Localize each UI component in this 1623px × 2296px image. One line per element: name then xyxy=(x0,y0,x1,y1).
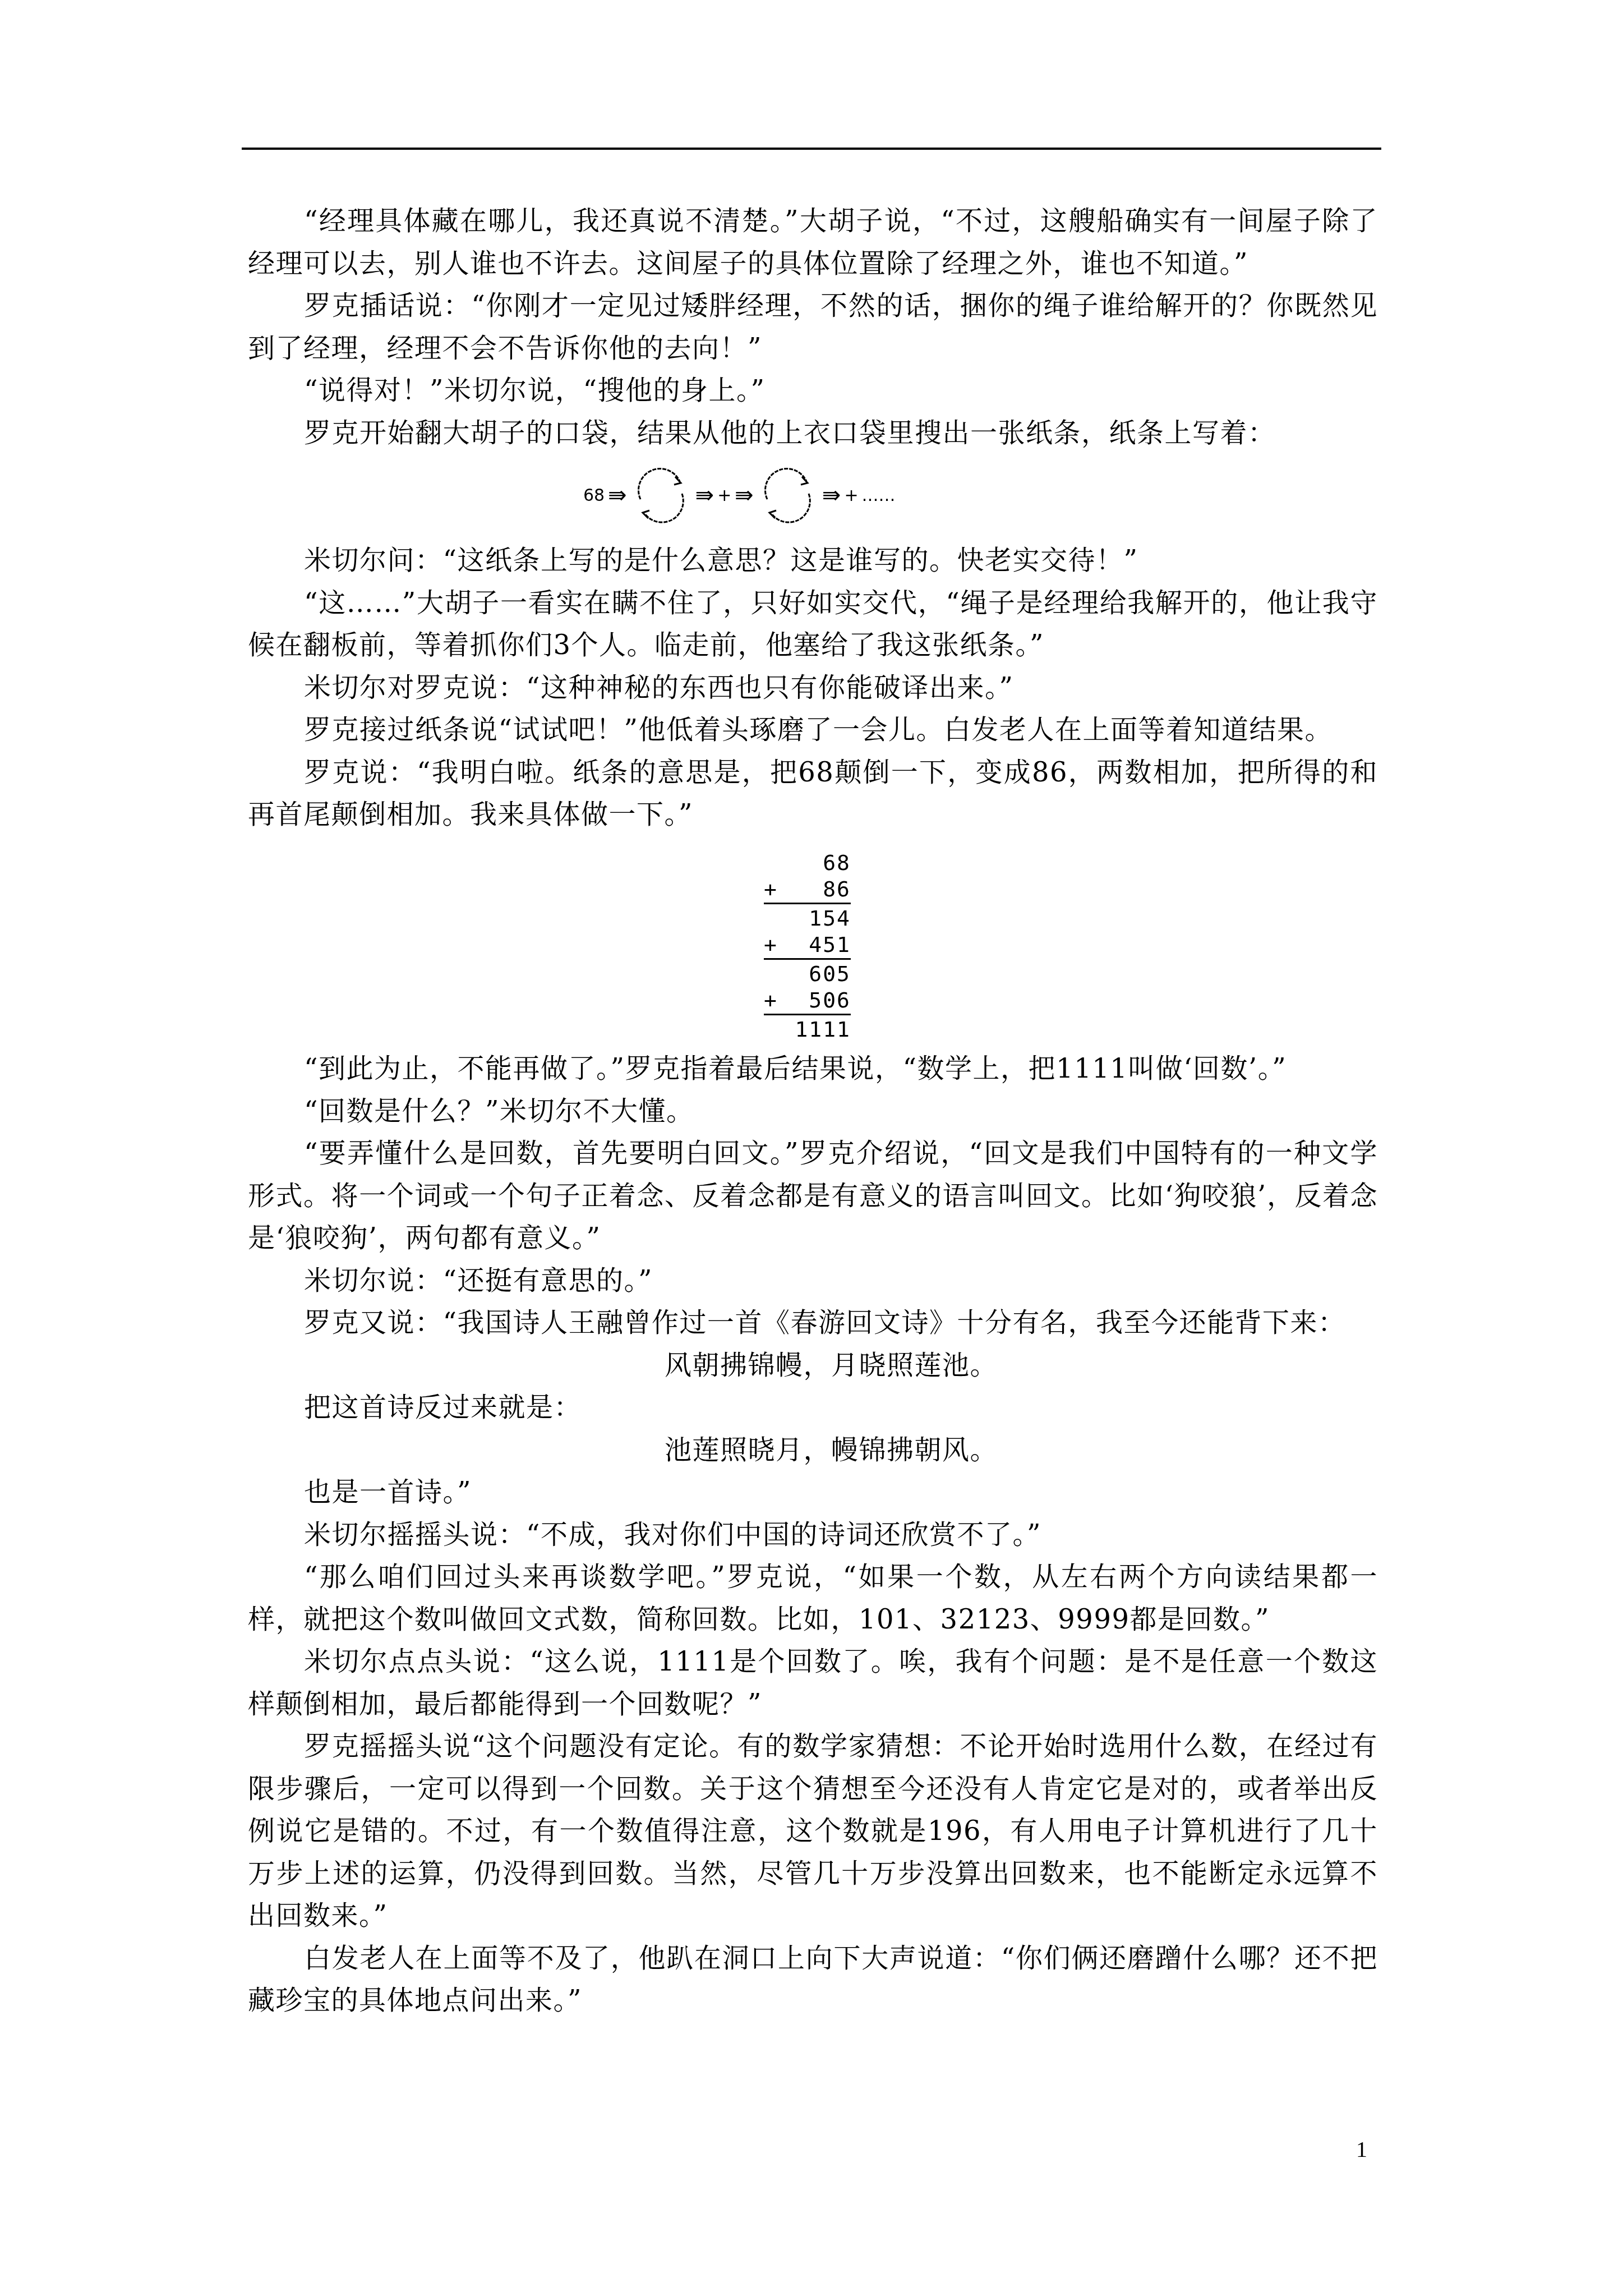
paragraph: “要弄懂什么是回数，首先要明白回文。”罗克介绍说，“回文是我们中国特有的一种文学… xyxy=(248,1133,1378,1260)
addition-row: 68 xyxy=(764,850,851,876)
operator xyxy=(764,961,781,987)
operator: + xyxy=(764,932,781,958)
addition-row: 154 xyxy=(764,905,851,932)
operand: 68 xyxy=(781,850,851,876)
poem-line: 风朝拂锦幔，月晓照莲池。 xyxy=(248,1345,1378,1387)
paragraph: 罗克开始翻大胡子的口袋，结果从他的上衣口袋里搜出一张纸条，纸条上写着： xyxy=(248,412,1378,455)
reverse-cycle-icon xyxy=(757,464,819,526)
paragraph: 罗克摇摇头说“这个问题没有定论。有的数学家猜想：不论开始时选用什么数，在经过有限… xyxy=(248,1726,1378,1938)
poem-line: 池莲照晓月，幔锦拂朝风。 xyxy=(248,1429,1378,1472)
operand: 605 xyxy=(781,961,851,987)
paragraph: 罗克接过纸条说“试试吧！”他低着头琢磨了一会儿。白发老人在上面等着知道结果。 xyxy=(248,709,1378,752)
paragraph: “经理具体藏在哪儿，我还真说不清楚。”大胡子说，“不过，这艘船确实有一间屋子除了… xyxy=(248,200,1378,285)
text-section-3: “到此为止，不能再做了。”罗克指着最后结果说，“数学上，把1111叫做‘回数’。… xyxy=(248,1048,1378,2022)
paragraph: 米切尔点点头说：“这么说，1111是个回数了。唉，我有个问题：是不是任意一个数这… xyxy=(248,1641,1378,1726)
addition-row: 605 xyxy=(764,961,851,987)
paragraph: “说得对！”米切尔说，“搜他的身上。” xyxy=(248,370,1378,412)
paragraph: 罗克插话说：“你刚才一定见过矮胖经理，不然的话，捆你的绳子谁给解开的？你既然见到… xyxy=(248,285,1378,370)
operator: + xyxy=(764,876,781,903)
operand: 1111 xyxy=(781,1016,851,1043)
diagram-start-number: 68 xyxy=(583,486,605,505)
addition-row: 1111 xyxy=(764,1016,851,1043)
operand: 451 xyxy=(781,932,851,958)
operator xyxy=(764,850,781,876)
paragraph: 罗克说：“我明白啦。纸条的意思是，把68颠倒一下，变成86，两数相加，把所得的和… xyxy=(248,752,1378,836)
sum-rule xyxy=(764,1014,851,1015)
double-arrow-icon: ⇛ xyxy=(695,484,714,507)
operator xyxy=(764,1016,781,1043)
operand: 154 xyxy=(781,905,851,932)
double-arrow-icon: ⇛ xyxy=(608,484,627,507)
paragraph: “回数是什么？”米切尔不大懂。 xyxy=(248,1091,1378,1133)
paragraph: 罗克又说：“我国诗人王融曾作过一首《春游回文诗》十分有名，我至今还能背下来： xyxy=(248,1302,1378,1345)
paragraph: 米切尔问：“这纸条上写的是什么意思？这是谁写的。快老实交待！” xyxy=(248,540,1378,582)
addition-row: + 506 xyxy=(764,987,851,1014)
addition-row: + 86 xyxy=(764,876,851,903)
operator: + xyxy=(764,987,781,1014)
paragraph: “那么咱们回过头来再谈数学吧。”罗克说，“如果一个数，从左右两个方向读结果都一样… xyxy=(248,1556,1378,1641)
operand: 86 xyxy=(781,876,851,903)
paragraph: 米切尔摇摇头说：“不成，我对你们中国的诗词还欣赏不了。” xyxy=(248,1514,1378,1557)
double-arrow-icon: ⇛ xyxy=(735,484,754,507)
paragraph: 白发老人在上面等不及了，他趴在洞口上向下大声说道：“你们俩还磨蹭什么哪？还不把藏… xyxy=(248,1938,1378,2022)
reverse-cycle-icon xyxy=(630,464,692,526)
paragraph: 也是一首诗。” xyxy=(248,1471,1378,1514)
paragraph: “这……”大胡子一看实在瞒不住了，只好如实交代，“绳子是经理给我解开的，他让我守… xyxy=(248,582,1378,667)
page-number: 1 xyxy=(1356,2136,1367,2162)
operand: 506 xyxy=(781,987,851,1014)
paragraph: 把这首诗反过来就是： xyxy=(248,1387,1378,1429)
header-rule xyxy=(242,148,1381,150)
sum-rule xyxy=(764,958,851,960)
text-section-1: “经理具体藏在哪儿，我还真说不清楚。”大胡子说，“不过，这艘船确实有一间屋子除了… xyxy=(248,200,1378,454)
note-diagram: 68 ⇛ ⇛ + ⇛ ⇛ + …… xyxy=(583,464,1043,526)
double-arrow-icon: ⇛ xyxy=(822,484,841,507)
operator xyxy=(764,905,781,932)
paragraph: 米切尔说：“还挺有意思的。” xyxy=(248,1260,1378,1303)
text-section-2: 米切尔问：“这纸条上写的是什么意思？这是谁写的。快老实交待！” “这……”大胡子… xyxy=(248,540,1378,836)
ellipsis: …… xyxy=(862,486,896,505)
plus-sign: + xyxy=(844,486,858,505)
paragraph: “到此为止，不能再做了。”罗克指着最后结果说，“数学上，把1111叫做‘回数’。… xyxy=(248,1048,1378,1091)
vertical-addition: 68 + 86 154 + 451 605 + 506 1111 xyxy=(764,850,851,1043)
addition-row: + 451 xyxy=(764,932,851,958)
paragraph: 米切尔对罗克说：“这种神秘的东西也只有你能破译出来。” xyxy=(248,667,1378,710)
sum-rule xyxy=(764,903,851,904)
plus-sign: + xyxy=(717,486,731,505)
